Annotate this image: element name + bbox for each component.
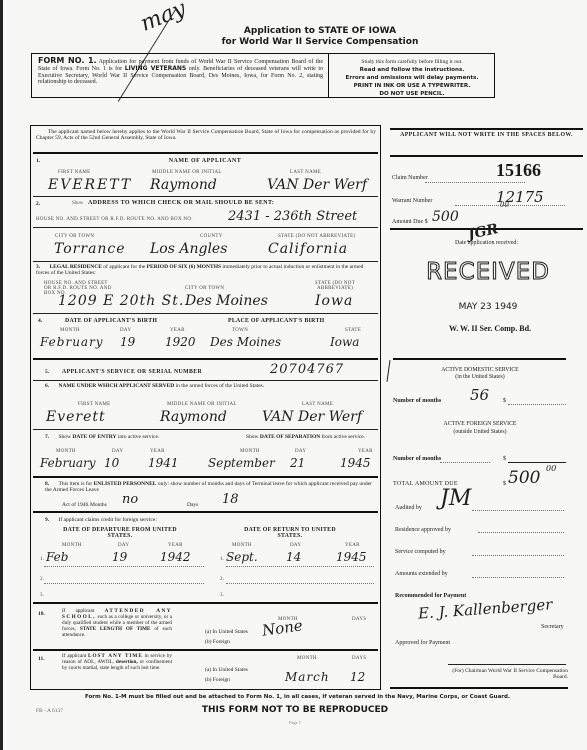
rule <box>33 380 378 381</box>
residence-street-value[interactable]: 1209 E 20th St. <box>58 293 184 309</box>
entry-day-value[interactable]: 10 <box>104 456 119 470</box>
section-title: APPLICANT'S SERVICE OR SERIAL NUMBER <box>62 369 202 375</box>
currency-sign: $ <box>503 398 506 404</box>
separation-date-heading: Show DATE OF SEPARATION from active serv… <box>246 434 376 440</box>
instruction: Errors and omissions will delay payments… <box>332 74 492 82</box>
rule <box>33 227 378 228</box>
page-number: Page 1 <box>250 720 340 725</box>
scan-edge <box>0 0 3 750</box>
dotted-rule <box>440 462 490 463</box>
field-label: MONTH <box>240 449 260 454</box>
foreign-label: (b) Foreign <box>205 677 230 683</box>
birth-month-value[interactable]: February <box>40 335 104 349</box>
field-label: DAY <box>295 449 306 454</box>
section-9-text: 9. If applicant claims credit for foreig… <box>45 517 157 523</box>
rule <box>33 429 378 430</box>
foreign-label: (b) Foreign <box>205 639 230 645</box>
field-label: YEAR <box>345 543 360 548</box>
residence-state-value[interactable]: Iowa <box>315 293 353 309</box>
months-label: Months <box>90 502 107 508</box>
secretary-signature: E. J. Kallenberger <box>418 595 553 622</box>
instruction: Study this form carefully before filling… <box>332 58 492 66</box>
foreign-title: ACTIVE FOREIGN SERVICE <box>395 420 565 428</box>
row-number: 2. <box>220 577 224 582</box>
dotted-rule <box>472 510 564 511</box>
rule <box>393 358 566 360</box>
served-first-name-value[interactable]: Everett <box>46 409 106 425</box>
mailing-city-value[interactable]: Torrance <box>54 241 126 257</box>
in-us-label: (a) In United States <box>205 629 248 635</box>
serial-number-value[interactable]: 20704767 <box>270 362 344 377</box>
section-3-heading: 3. LEGAL RESIDENCE of applicant for the … <box>36 264 376 276</box>
dotted-rule <box>478 532 564 533</box>
separation-day-value[interactable]: 21 <box>290 456 305 470</box>
form-code: FB - A 6137 <box>36 708 63 714</box>
foreign-subtitle: (outside United States) <box>395 428 565 436</box>
field-label: YEAR <box>170 328 185 333</box>
lost-time-days-value[interactable]: 12 <box>350 670 365 684</box>
section-number: 11. <box>38 656 45 662</box>
domestic-months-label: Number of months <box>393 398 441 404</box>
birth-year-value[interactable]: 1920 <box>165 335 196 349</box>
last-name-value[interactable]: VAN Der Werf <box>267 177 367 193</box>
column-label: DAYS <box>352 617 366 622</box>
chairman-label: (For) Chairman World War II Service Comp… <box>448 668 568 680</box>
rule <box>33 602 378 604</box>
title-line-2: for World War II Service Compensation <box>170 37 470 48</box>
field-label: MIDDLE NAME OR INITIAL <box>152 170 222 175</box>
field-label: MONTH <box>62 543 82 548</box>
claim-number-value[interactable]: 15166 <box>496 160 541 181</box>
served-middle-name-value[interactable]: Raymond <box>160 409 227 425</box>
days-label: Days <box>187 502 198 508</box>
dotted-rule <box>508 404 566 405</box>
rule <box>33 152 378 154</box>
birth-town-value[interactable]: Des Moines <box>210 335 281 349</box>
amount-due-value[interactable]: 500 <box>432 209 459 225</box>
divider <box>328 53 329 98</box>
residence-approved-label: Residence approved by <box>395 527 451 533</box>
entry-date-heading: 7. Show DATE OF ENTRY into active servic… <box>45 434 195 440</box>
middle-name-value[interactable]: Raymond <box>150 177 217 193</box>
dotted-rule <box>472 577 564 578</box>
departure-title: DATE OF DEPARTURE FROM UNITED STATES. <box>60 527 180 539</box>
rule <box>508 462 566 463</box>
section-10-text: If applicant ATTENDED ANY SCHOOL, such a… <box>62 608 172 638</box>
warrant-number-label: Warrant Number <box>392 198 432 204</box>
field-label: MONTH <box>232 543 252 548</box>
field-label: COUNTY <box>200 234 223 239</box>
field-label: CITY OR TOWN <box>55 234 94 239</box>
currency-sign: $ <box>503 456 506 462</box>
field-label: CITY OR TOWN <box>185 286 224 291</box>
rule <box>33 313 378 314</box>
act-label: Act of 1946. <box>62 502 90 508</box>
section-number: 1. <box>36 158 40 164</box>
amount-due-label: Amount Due $ <box>392 219 428 225</box>
field-label: LAST NAME <box>290 170 321 175</box>
domestic-title: ACTIVE DOMESTIC SERVICE <box>395 367 565 374</box>
dotted-rule <box>226 583 374 584</box>
section-title: NAME OF APPLICANT <box>130 158 280 164</box>
row-number: 3. <box>40 593 44 598</box>
rule <box>33 261 378 262</box>
field-label: DAY <box>112 449 123 454</box>
field-label: STATE <box>345 328 361 333</box>
mailing-state-value[interactable]: California <box>268 241 348 257</box>
section-title: PLACE OF APPLICANT'S BIRTH <box>228 318 324 324</box>
row-number: 2. <box>40 577 44 582</box>
approved-label: Approved for Payment <box>395 640 450 646</box>
leave-months-value[interactable]: no <box>122 492 138 507</box>
audited-by-label: Audited by <box>395 505 422 511</box>
rule <box>390 128 583 130</box>
column-label: MONTH <box>297 656 317 661</box>
separation-year-value[interactable]: 1945 <box>340 456 371 470</box>
board-stamp: W. W. II Ser. Comp. Bd. <box>410 324 570 333</box>
departure-month-value[interactable]: Feb <box>46 550 68 564</box>
first-name-value[interactable]: EVERETT <box>48 177 132 193</box>
field-label: FIRST NAME <box>58 170 91 175</box>
total-amount-value[interactable]: 500 <box>508 468 540 488</box>
field-label: HOUSE NO. AND STREET OR R.F.D. ROUTE NO.… <box>36 217 193 222</box>
intro-text: The applicant named below hereby applies… <box>36 129 376 141</box>
reproduction-warning: THIS FORM NOT TO BE REPRODUCED <box>150 705 440 715</box>
rule <box>33 476 378 478</box>
field-label: DAY <box>290 543 301 548</box>
form-description: FORM NO. 1. Application for payment from… <box>38 58 323 86</box>
service-computed-label: Service computed by <box>395 549 446 555</box>
field-label: YEAR <box>168 543 183 548</box>
row-number: 1. <box>220 557 224 562</box>
rule <box>33 196 378 197</box>
section-number: 10. <box>38 611 45 617</box>
dotted-rule <box>44 583 204 584</box>
rule <box>448 664 566 665</box>
section-number: 4. <box>38 318 42 324</box>
field-label: FIRST NAME <box>78 402 111 407</box>
field-label: YEAR <box>150 449 165 454</box>
field-label: MIDDLE NAME OR INITIAL <box>167 402 237 407</box>
return-day-value[interactable]: 14 <box>286 550 301 564</box>
date-received-label: Date application received: <box>390 240 583 246</box>
auditor-signature: JM <box>440 486 471 511</box>
served-last-name-value[interactable]: VAN Der Werf <box>262 409 362 425</box>
departure-day-value[interactable]: 19 <box>112 550 127 564</box>
section-11-text: If applicant LOST ANY TIME in service by… <box>62 653 172 671</box>
amount-due-cents[interactable]: 00 <box>500 201 509 209</box>
currency-sign: $ <box>503 481 506 487</box>
bracket-stroke <box>386 360 391 382</box>
section-number: 2. <box>36 201 40 207</box>
rule <box>33 358 378 360</box>
residence-city-value[interactable]: Des Moines <box>185 293 268 309</box>
column-label: DAYS <box>352 656 366 661</box>
form-title: Application to STATE OF IOWA for World W… <box>170 26 470 48</box>
footer-note: Form No. 1-M must be filled out and be a… <box>20 694 575 700</box>
section-8-text: 8. This item is for ENLISTED PERSONNEL o… <box>45 481 375 493</box>
section-title: ADDRESS TO WHICH CHECK OR MAIL SHOULD BE… <box>88 200 274 206</box>
amounts-extended-label: Amounts extended by <box>395 571 448 577</box>
row-number: 1. <box>40 557 44 562</box>
field-label: STATE (DO NOT ABBREVIATE) <box>278 234 355 239</box>
field-label: TOWN <box>232 328 248 333</box>
separation-month-value[interactable]: September <box>208 456 275 470</box>
rule <box>390 155 583 157</box>
received-date-stamp: MAY 23 1949 <box>418 302 558 312</box>
office-use-header: APPLICANT WILL NOT WRITE IN THE SPACES B… <box>390 132 583 139</box>
claim-number-label: Claim Number <box>392 175 428 181</box>
field-label: LAST NAME <box>302 402 333 407</box>
field-label: MONTH <box>60 328 80 333</box>
mailing-county-value[interactable]: Los Angles <box>150 241 227 257</box>
section-title: DATE OF APPLICANT'S BIRTH <box>65 318 157 324</box>
dotted-rule <box>472 555 564 556</box>
rule <box>33 511 378 513</box>
row-number: 3. <box>220 593 224 598</box>
leave-days-value[interactable]: 18 <box>222 492 239 507</box>
domestic-subtitle: (in the United States) <box>395 374 565 381</box>
field-label: MONTH <box>56 449 76 454</box>
dotted-rule <box>226 566 374 567</box>
domestic-months-value[interactable]: 56 <box>470 386 489 404</box>
return-month-value[interactable]: Sept. <box>226 550 258 564</box>
domestic-service-title: ACTIVE DOMESTIC SERVICE (in the United S… <box>395 367 565 381</box>
received-stamp: RECEIVED <box>418 259 558 285</box>
foreign-service-title: ACTIVE FOREIGN SERVICE (outside United S… <box>395 420 565 436</box>
field-label: YEAR <box>358 449 373 454</box>
dotted-rule <box>425 182 525 183</box>
lost-time-month-value[interactable]: March <box>285 670 330 684</box>
section-6-heading: 6. NAME UNDER WHICH APPLICANT SERVED in … <box>45 383 375 389</box>
entry-month-value[interactable]: February <box>40 456 96 470</box>
secretary-label: Secretary <box>541 624 564 630</box>
section-number: 5. <box>45 369 49 375</box>
rule <box>33 649 378 651</box>
total-amount-cents[interactable]: 00 <box>546 464 556 473</box>
recommended-label: Recommended for Payment <box>395 593 466 599</box>
instruction: Read and follow the instructions. <box>332 66 492 74</box>
birth-state-value[interactable]: Iowa <box>330 335 359 349</box>
departure-year-value[interactable]: 1942 <box>160 550 191 564</box>
foreign-months-label: Number of months <box>393 456 441 462</box>
return-year-value[interactable]: 1945 <box>336 550 367 564</box>
instruction: PRINT IN INK OR USE A TYPEWRITER. <box>332 82 492 90</box>
mailing-street-value[interactable]: 2431 - 236th Street <box>228 209 357 224</box>
title-line-1: Application to STATE OF IOWA <box>170 26 470 37</box>
instructions-list: Study this form carefully before filling… <box>332 58 492 98</box>
return-title: DATE OF RETURN TO UNITED STATES. <box>240 527 340 539</box>
section-prefix: Show <box>72 201 83 206</box>
rule <box>390 687 568 689</box>
dotted-rule <box>44 566 204 567</box>
birth-day-value[interactable]: 19 <box>120 335 135 349</box>
field-label: STATE (DO NOT ABBREVIATE) <box>300 281 370 291</box>
entry-year-value[interactable]: 1941 <box>148 456 179 470</box>
instruction: DO NOT USE PENCIL. <box>332 90 492 98</box>
field-label: DAY <box>118 543 129 548</box>
field-label: DAY <box>120 328 131 333</box>
in-us-label: (a) In United States <box>205 667 248 673</box>
